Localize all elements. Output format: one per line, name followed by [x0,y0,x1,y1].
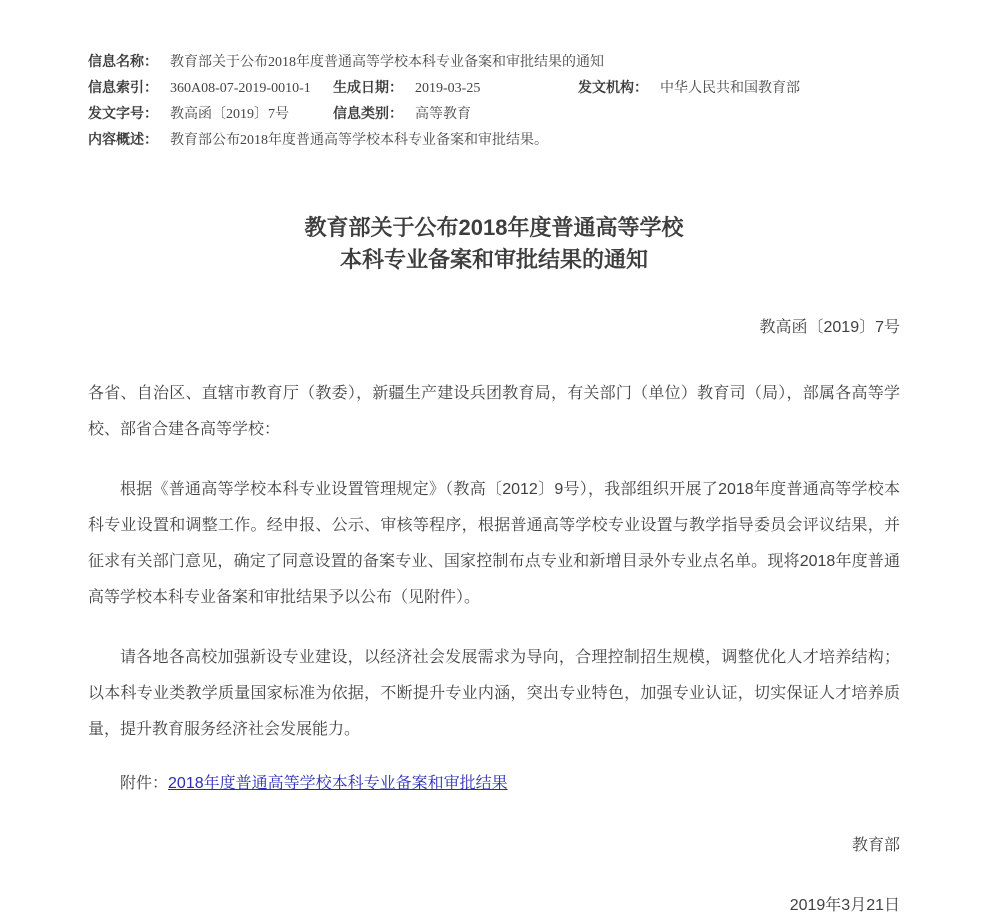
meta-label-info-name: 信息名称： [88,50,170,76]
document-title: 教育部关于公布2018年度普通高等学校 本科专业备案和审批结果的通知 [88,212,900,276]
document-title-line1: 教育部关于公布2018年度普通高等学校 [88,212,900,244]
meta-label-info-index: 信息索引： [88,76,170,102]
meta-value-gen-date: 2019-03-25 [415,76,578,102]
meta-label-gen-date: 生成日期： [333,76,415,102]
meta-row-info-name: 信息名称： 教育部关于公布2018年度普通高等学校本科专业备案和审批结果的通知 [88,50,900,76]
attachment-label: 附件： [120,775,168,792]
meta-table: 信息名称： 教育部关于公布2018年度普通高等学校本科专业备案和审批结果的通知 … [88,0,900,154]
meta-value-issuing-org: 中华人民共和国教育部 [660,76,900,102]
meta-label-summary: 内容概述： [88,128,170,154]
page-content: 信息名称： 教育部关于公布2018年度普通高等学校本科专业备案和审批结果的通知 … [88,0,900,920]
meta-value-info-index: 360A08-07-2019-0010-1 [170,76,333,102]
paragraph-2: 请各地各高校加强新设专业建设，以经济社会发展需求为导向，合理控制招生规模，调整优… [88,640,900,748]
attachment-line: 附件：2018年度普通高等学校本科专业备案和审批结果 [88,766,900,802]
meta-label-doc-number: 发文字号： [88,102,170,128]
paragraph-1: 根据《普通高等学校本科专业设置管理规定》（教高〔2012〕9号），我部组织开展了… [88,472,900,616]
meta-label-info-category: 信息类别： [333,102,415,128]
meta-label-issuing-org: 发文机构： [578,76,660,102]
meta-value-summary: 教育部公布2018年度普通高等学校本科专业备案和审批结果。 [170,128,900,154]
attachment-link[interactable]: 2018年度普通高等学校本科专业备案和审批结果 [168,775,508,792]
salutation: 各省、自治区、直辖市教育厅（教委），新疆生产建设兵团教育局，有关部门（单位）教育… [88,376,900,448]
meta-value-info-name: 教育部关于公布2018年度普通高等学校本科专业备案和审批结果的通知 [170,50,900,76]
signature: 教育部 [88,832,900,860]
meta-value-doc-number: 教高函〔2019〕7号 [170,102,333,128]
meta-row-docno-category: 发文字号： 教高函〔2019〕7号 信息类别： 高等教育 [88,102,900,128]
meta-row-summary: 内容概述： 教育部公布2018年度普通高等学校本科专业备案和审批结果。 [88,128,900,154]
document-number: 教高函〔2019〕7号 [88,318,900,338]
document-date: 2019年3月21日 [88,892,900,920]
document-page: 信息名称： 教育部关于公布2018年度普通高等学校本科专业备案和审批结果的通知 … [0,0,988,920]
meta-row-index-date-org: 信息索引： 360A08-07-2019-0010-1 生成日期： 2019-0… [88,76,900,102]
meta-value-info-category: 高等教育 [415,102,900,128]
document-title-line2: 本科专业备案和审批结果的通知 [88,244,900,276]
